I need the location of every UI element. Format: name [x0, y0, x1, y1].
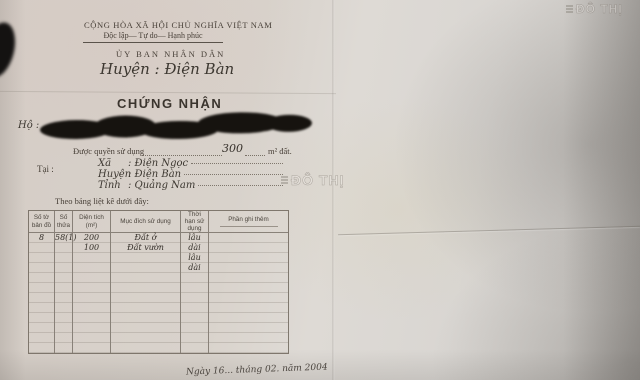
cell-purpose: Đất ở Đất vườn	[111, 233, 180, 353]
column-area: Diện tích (m²) 200 100	[73, 211, 111, 353]
dothi-watermark-center: ĐÔ THỊ	[281, 172, 344, 188]
column-notes: Phần ghi thêm	[209, 211, 288, 353]
location-label: Tại :	[37, 164, 54, 174]
land-parcel-table: Số tờ bản đồ 8 Số thửa 58(1) Diện tích (…	[28, 210, 289, 354]
dotted-leader	[142, 154, 222, 156]
header-notes-text: Phần ghi thêm	[228, 216, 269, 223]
horizontal-crease-right-page	[338, 226, 640, 235]
vertical-fold-crease	[332, 0, 335, 380]
header-area: Diện tích (m²)	[73, 211, 110, 233]
header-purpose: Mục đích sử dụng	[111, 211, 180, 233]
header-map-sheet: Số tờ bản đồ	[29, 211, 54, 233]
grant-area-unit: m² đất.	[268, 146, 292, 156]
purpose-value-1: Đất ở	[111, 233, 180, 243]
dotted-leader	[198, 184, 283, 186]
watermark-lines-icon	[566, 5, 573, 13]
column-map-sheet: Số tờ bản đồ 8	[29, 211, 55, 353]
location-row-province: Tỉnh : Quảng Nam	[98, 180, 283, 191]
location-row-commune: Xã : Điện Ngọc	[98, 158, 283, 169]
dotted-leader	[245, 154, 265, 156]
province-label: Tỉnh	[98, 180, 128, 191]
holder-label: Hộ :	[18, 120, 39, 131]
column-parcel: Số thửa 58(1)	[55, 211, 73, 353]
district-label: Huyện	[98, 169, 128, 180]
term-value-2: lâu dài	[181, 253, 208, 273]
dothi-watermark-top: ĐÔ THỊ	[566, 2, 623, 16]
cell-term: lâu dài lâu dài	[181, 233, 208, 353]
redacted-holder-name	[40, 111, 312, 144]
watermark-text: ĐÔ THỊ	[291, 172, 344, 188]
district-name: Huyện : Điện Bàn	[100, 60, 234, 78]
area-value-2: 100	[73, 243, 110, 253]
province-value: : Quảng Nam	[128, 180, 195, 191]
national-motto-line1: CỘNG HÒA XÃ HỘI CHỦ NGHĨA VIỆT NAM	[84, 20, 272, 30]
term-value-1: lâu dài	[181, 233, 208, 253]
photo-paper-background: CỘNG HÒA XÃ HỘI CHỦ NGHĨA VIỆT NAM Độc l…	[0, 0, 640, 380]
parcel-value: 58(1)	[55, 233, 72, 243]
location-row-district: Huyện : Điện Bàn	[98, 169, 283, 180]
handwritten-date: Ngày 16... tháng 02. năm 2004	[186, 363, 328, 378]
district-value: : Điện Bàn	[128, 169, 181, 180]
table-intro-text: Theo bảng liệt kê dưới đây:	[55, 196, 149, 206]
dotted-leader	[191, 162, 283, 164]
header-parcel: Số thửa	[55, 211, 72, 233]
column-purpose: Mục đích sử dụng Đất ở Đất vườn	[111, 211, 181, 353]
issuing-authority: ỦY BAN NHÂN DÂN	[116, 49, 225, 59]
area-value-1: 200	[73, 233, 110, 243]
cell-notes	[209, 233, 288, 353]
cell-parcel: 58(1)	[55, 233, 72, 353]
commune-label: Xã	[98, 158, 128, 169]
certificate-title: CHỨNG NHẬN	[117, 96, 222, 111]
commune-value: : Điện Ngọc	[128, 158, 188, 169]
notes-underline	[220, 226, 278, 227]
cell-map-sheet: 8	[29, 233, 54, 353]
header-notes: Phần ghi thêm	[209, 211, 288, 233]
column-term: Thời hạn sử dụng lâu dài lâu dài	[181, 211, 209, 353]
grant-label: Được quyền sử dụng	[73, 146, 144, 156]
watermark-text: ĐÔ THỊ	[576, 2, 623, 16]
grant-area-value: 300	[222, 142, 243, 155]
national-motto-line2: Độc lập— Tự do— Hạnh phúc	[83, 31, 223, 43]
background-corner-shadow	[0, 19, 20, 81]
dotted-leader	[184, 173, 283, 175]
header-term: Thời hạn sử dụng	[181, 211, 208, 233]
cell-area: 200 100	[73, 233, 110, 353]
watermark-lines-icon	[281, 176, 288, 184]
purpose-value-2: Đất vườn	[111, 243, 180, 253]
horizontal-crease-left-page	[0, 91, 336, 94]
map-sheet-value: 8	[29, 233, 54, 243]
